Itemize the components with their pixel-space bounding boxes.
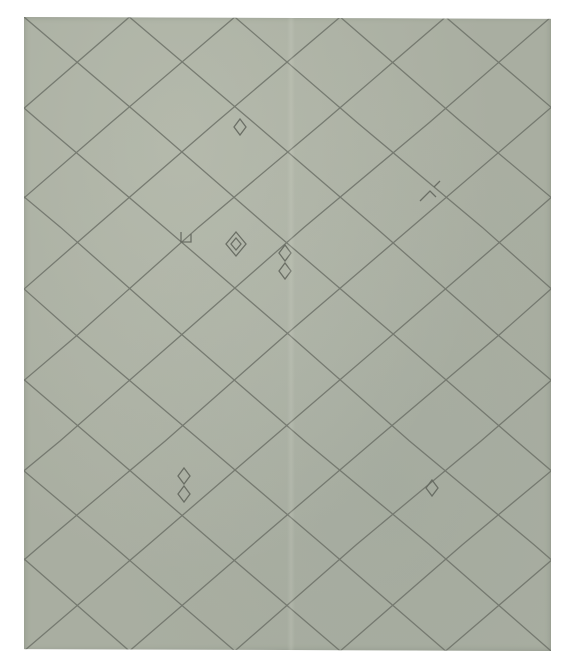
rug — [24, 17, 551, 651]
rug-fold-crease — [287, 17, 295, 651]
